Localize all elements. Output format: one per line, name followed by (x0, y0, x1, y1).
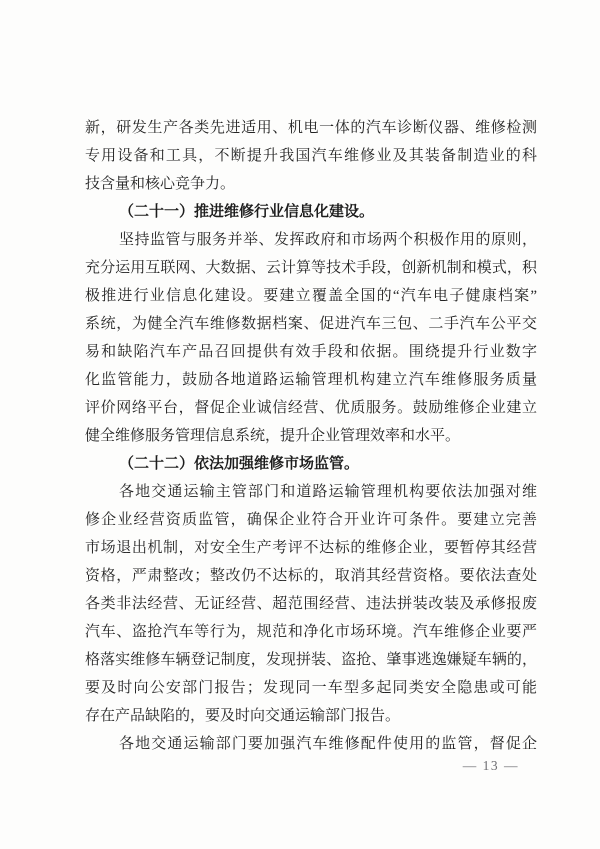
text-line: 汽车、盗抢汽车等行为，规范和净化市场环境。汽车维修企业要严 (85, 618, 537, 646)
text-line: 各类非法经营、无证经营、超范围经营、违法拼装改装及承修报废 (85, 590, 537, 618)
text-line: 极推进行业信息化建设。要建立覆盖全国的“汽车电子健康档案” (85, 282, 537, 310)
text-line: 市场退出机制，对安全生产考评不达标的维修企业，要暂停其经营 (85, 534, 537, 562)
text-line: 评价网络平台，督促企业诚信经营、优质服务。鼓励维修企业建立 (85, 394, 537, 422)
text-line: 专用设备和工具，不断提升我国汽车维修业及其装备制造业的科 (85, 142, 537, 170)
document-page: 新，研发生产各类先进适用、机电一体的汽车诊断仪器、维修检测 专用设备和工具，不断… (0, 0, 600, 849)
text-line: 化监管能力，鼓励各地道路运输管理机构建立汽车维修服务质量 (85, 366, 537, 394)
text-line: 格落实维修车辆登记制度，发现拼装、盗抢、肇事逃逸嫌疑车辆的， (85, 646, 537, 674)
text-line: 充分运用互联网、大数据、云计算等技术手段，创新机制和模式，积 (85, 254, 537, 282)
text-line: 技含量和核心竞争力。 (85, 170, 537, 198)
text-line: 存在产品缺陷的，要及时向交通运输部门报告。 (85, 702, 537, 730)
text-line: 要及时向公安部门报告；发现同一车型多起同类安全隐患或可能 (85, 674, 537, 702)
section-heading-21: （二十一）推进维修行业信息化建设。 (85, 198, 537, 226)
text-line: 修企业经营资质监管，确保企业符合开业许可条件。要建立完善 (85, 506, 537, 534)
page-number: — 13 — (85, 755, 519, 777)
text-line: 各地交通运输主管部门和道路运输管理机构要依法加强对维 (85, 478, 537, 506)
section-heading-22: （二十二）依法加强维修市场监管。 (85, 450, 537, 478)
text-line: 新，研发生产各类先进适用、机电一体的汽车诊断仪器、维修检测 (85, 114, 537, 142)
text-line: 健全维修服务管理信息系统，提升企业管理效率和水平。 (85, 422, 537, 450)
text-line: 易和缺陷汽车产品召回提供有效手段和依据。围绕提升行业数字 (85, 338, 537, 366)
text-line: 各地交通运输部门要加强汽车维修配件使用的监管，督促企 (85, 730, 537, 758)
text-block: 新，研发生产各类先进适用、机电一体的汽车诊断仪器、维修检测 专用设备和工具，不断… (85, 114, 537, 758)
text-line: 坚持监管与服务并举、发挥政府和市场两个积极作用的原则， (85, 226, 537, 254)
text-line: 系统，为健全汽车维修数据档案、促进汽车三包、二手汽车公平交 (85, 310, 537, 338)
text-line: 资格，严肃整改；整改仍不达标的，取消其经营资格。要依法查处 (85, 562, 537, 590)
